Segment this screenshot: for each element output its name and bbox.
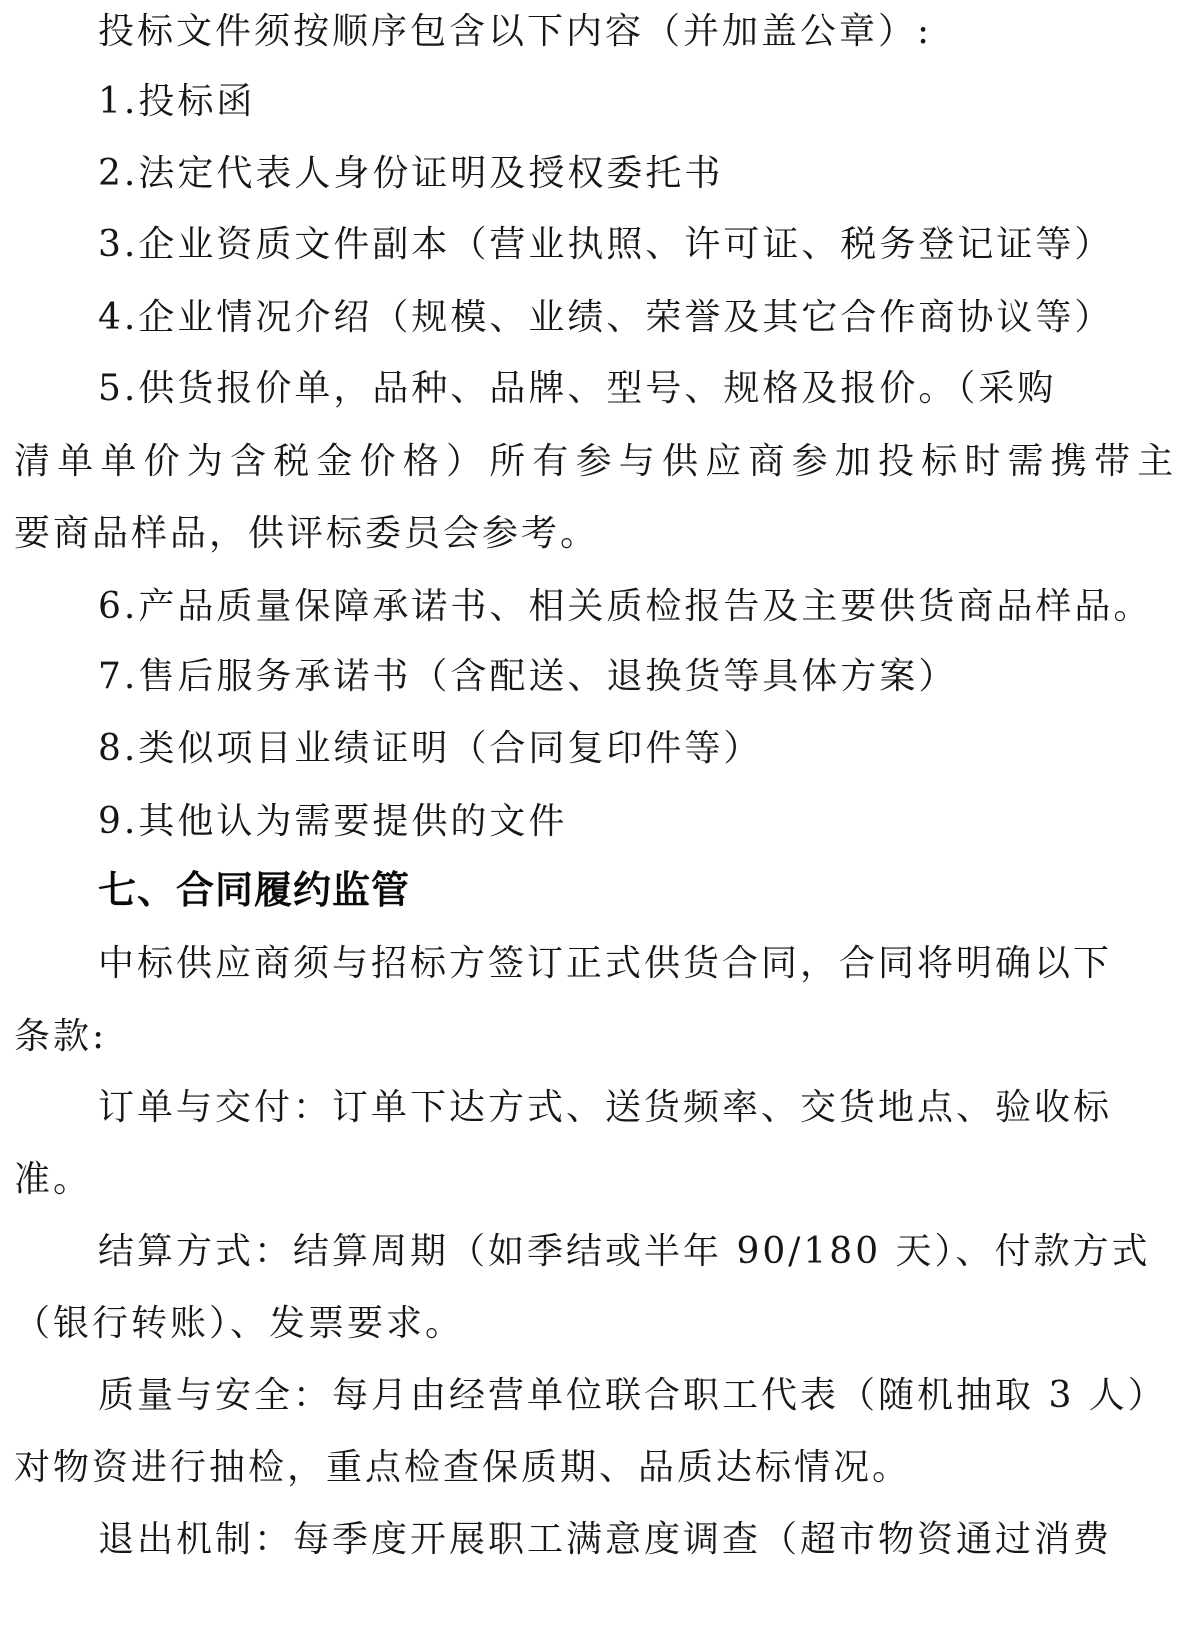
- list-number: 2.: [98, 153, 138, 194]
- section-heading: 七、合同履约监管: [98, 868, 1202, 912]
- list-item-2: 2.法定代表人身份证明及授权委托书: [98, 152, 1202, 196]
- list-item-5: 5.供货报价单，品种、品牌、型号、规格及报价。（采购: [98, 367, 1202, 411]
- list-text: 法定代表人身份证明及授权委托书: [138, 153, 723, 194]
- list-text: 供货报价单，品种、品牌、型号、规格及报价。（采购: [138, 368, 1056, 409]
- list-item-5-continuation-1: 清单单价为含税金价格）所有参与供应商参加投标时需携带主: [14, 440, 1202, 484]
- intro-paragraph: 投标文件须按顺序包含以下内容（并加盖公章）:: [98, 10, 1202, 54]
- section-intro-line-1: 中标供应商须与招标方签订正式供货合同，合同将明确以下: [98, 942, 1202, 986]
- clause-quality-safety-line-1: 质量与安全：每月由经营单位联合职工代表（随机抽取 3 人）: [98, 1374, 1202, 1418]
- list-number: 7.: [98, 656, 138, 697]
- list-text: 其他认为需要提供的文件: [138, 801, 567, 842]
- document-page: 投标文件须按顺序包含以下内容（并加盖公章）: 1.投标函 2.法定代表人身份证明…: [0, 0, 1202, 1629]
- list-number: 5.: [98, 368, 138, 409]
- list-number: 8.: [98, 728, 138, 769]
- clause-settlement-line-2: （银行转账）、发票要求。: [14, 1302, 1202, 1346]
- clause-order-delivery-line-1: 订单与交付：订单下达方式、送货频率、交货地点、验收标: [98, 1086, 1202, 1130]
- list-number: 6.: [98, 586, 138, 627]
- section-intro-line-2: 条款:: [14, 1015, 1202, 1059]
- list-item-5-continuation-2: 要商品样品，供评标委员会参考。: [14, 512, 1202, 556]
- list-text: 企业资质文件副本（营业执照、许可证、税务登记证等）: [138, 224, 1113, 265]
- clause-quality-safety-line-2: 对物资进行抽检，重点检查保质期、品质达标情况。: [14, 1446, 1202, 1490]
- list-item-6: 6.产品质量保障承诺书、相关质检报告及主要供货商品样品。: [98, 585, 1202, 629]
- list-number: 9.: [98, 801, 138, 842]
- list-item-1: 1.投标函: [98, 80, 1202, 124]
- list-number: 3.: [98, 224, 138, 265]
- list-text: 企业情况介绍（规模、业绩、荣誉及其它合作商协议等）: [138, 297, 1113, 338]
- list-item-3: 3.企业资质文件副本（营业执照、许可证、税务登记证等）: [98, 223, 1202, 267]
- list-text: 售后服务承诺书（含配送、退换货等具体方案）: [138, 656, 957, 697]
- list-item-8: 8.类似项目业绩证明（合同复印件等）: [98, 727, 1202, 771]
- clause-order-delivery-line-2: 准。: [14, 1158, 1202, 1202]
- list-item-7: 7.售后服务承诺书（含配送、退换货等具体方案）: [98, 655, 1202, 699]
- list-item-4: 4.企业情况介绍（规模、业绩、荣誉及其它合作商协议等）: [98, 296, 1202, 340]
- clause-settlement-line-1: 结算方式：结算周期（如季结或半年 90/180 天）、付款方式: [98, 1230, 1202, 1274]
- clause-exit-mechanism-line-1: 退出机制：每季度开展职工满意度调查（超市物资通过消费: [98, 1518, 1202, 1562]
- list-number: 4.: [98, 297, 138, 338]
- list-item-9: 9.其他认为需要提供的文件: [98, 800, 1202, 844]
- list-text: 类似项目业绩证明（合同复印件等）: [138, 728, 762, 769]
- list-number: 1.: [98, 81, 138, 122]
- list-text: 投标函: [138, 81, 255, 122]
- list-text: 产品质量保障承诺书、相关质检报告及主要供货商品样品。: [138, 586, 1152, 627]
